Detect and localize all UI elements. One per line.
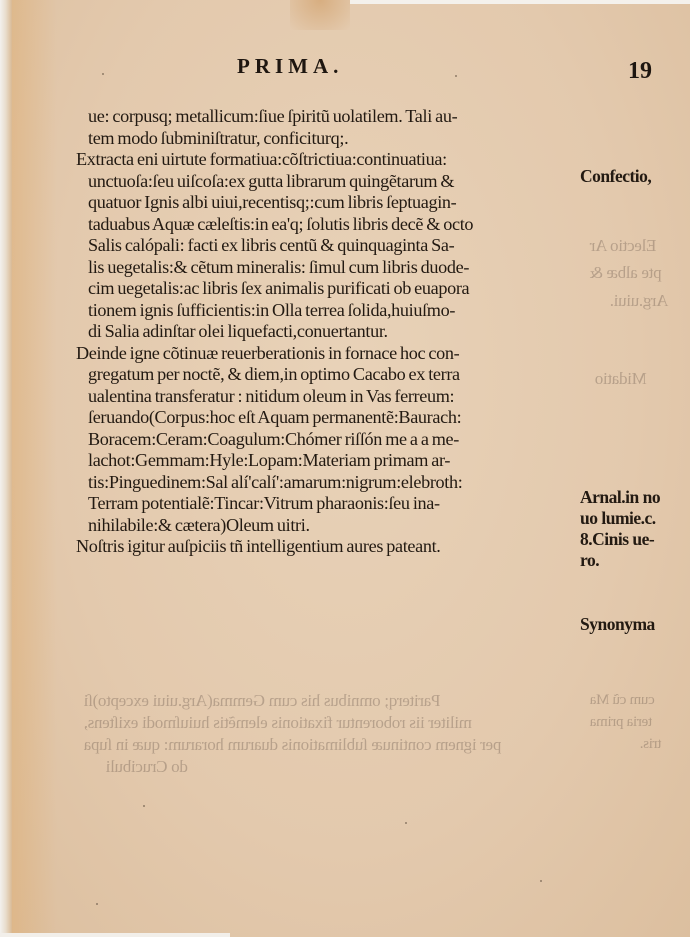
text-line: taduabus Aquæ cæleſtis:in ea'q; ſolutis … bbox=[76, 214, 576, 236]
text-line: Boracem:Ceram:Coagulum:Chómer riſſón me … bbox=[76, 429, 576, 451]
text-line: cim uegetalis:ac libris ſex animalis pur… bbox=[76, 278, 576, 300]
paper-speck bbox=[102, 73, 104, 75]
paper-speck bbox=[540, 880, 542, 882]
show-through-line: per ignem continuæ ſublimationis duarum … bbox=[84, 734, 501, 755]
foxing-stain bbox=[290, 0, 350, 30]
margin-note-line: ro. bbox=[580, 550, 660, 571]
gutter-shadow bbox=[12, 0, 57, 937]
show-through-margin-line: tris. bbox=[640, 734, 661, 755]
margin-note-confectio: Confectio, bbox=[580, 166, 651, 187]
text-line: di Salia adinſtar olei liquefacti,conuer… bbox=[76, 321, 576, 343]
text-line: nihilabile:& cætera)Oleum uitri. bbox=[76, 515, 576, 537]
text-line: tem modo ſubminiſtratur, conficiturq;. bbox=[76, 128, 576, 150]
text-line: tionem ignis ſufficientis:in Olla terrea… bbox=[76, 300, 576, 322]
text-line: Terram potentialẽ:Tincar:Vitrum pharaoni… bbox=[76, 493, 576, 515]
margin-note-arnal: Arnal.in no uo lumie.c. 8.Cinis ue- ro. bbox=[580, 487, 660, 571]
text-line: gregatum per noctẽ, & diem,in optimo Cac… bbox=[76, 364, 576, 386]
text-line: lis uegetalis:& cẽtum mineralis: ſimul c… bbox=[76, 257, 576, 279]
text-line: unctuoſa:ſeu uiſcoſa:ex gutta librarum q… bbox=[76, 171, 576, 193]
show-through-line: Pariterq; omnibus his cum Gemma(Arg.uiui… bbox=[84, 690, 440, 711]
show-through-margin-line: Electio Ar bbox=[590, 235, 656, 256]
margin-note-line: Arnal.in no bbox=[580, 487, 660, 508]
main-text-block: ue: corpusq; metallicum:ſiue ſpiritũ uol… bbox=[76, 106, 576, 558]
text-line: quatuor Ignis albi uiui,recentisq;:cum l… bbox=[76, 192, 576, 214]
page-bottom-edge bbox=[0, 933, 230, 937]
paper-speck bbox=[455, 75, 457, 77]
text-line: Deinde igne cõtinuæ reuerberationis in f… bbox=[76, 343, 576, 365]
show-through-line: militer iis roborentur fixationis elemẽt… bbox=[84, 712, 472, 733]
text-line: lachot:Gemmam:Hyle:Lopam:Materiam primam… bbox=[76, 450, 576, 472]
show-through-margin-line: Arg.uiui. bbox=[610, 290, 668, 311]
show-through-margin-line: cum cũ Ma bbox=[590, 690, 655, 711]
text-line: Extracta eni uirtute formatiua:cõſtricti… bbox=[76, 149, 576, 171]
show-through-margin-line: Midatio bbox=[595, 368, 647, 389]
text-line: ualentina transferatur : nitidum oleum i… bbox=[76, 386, 576, 408]
text-line: tis:Pinguedinem:Sal alí'calí':amarum:nig… bbox=[76, 472, 576, 494]
margin-note-synonyma: Synonyma bbox=[580, 614, 655, 635]
text-line: ſeruando(Corpus:hoc eſt Aquam permanentẽ… bbox=[76, 407, 576, 429]
text-line: ue: corpusq; metallicum:ſiue ſpiritũ uol… bbox=[76, 106, 576, 128]
margin-note-line: uo lumie.c. bbox=[580, 508, 660, 529]
page-top-edge bbox=[350, 0, 690, 4]
paper-speck bbox=[405, 822, 407, 824]
show-through-margin-line: pte albæ & bbox=[590, 262, 662, 283]
running-head: PRIMA. bbox=[237, 54, 343, 79]
text-line: Salis calópali: facti ex libris centũ & … bbox=[76, 235, 576, 257]
book-page: Electio Ar pte albæ & Arg.uiui. Midatio … bbox=[0, 0, 690, 937]
margin-note-line: 8.Cinis ue- bbox=[580, 529, 660, 550]
paper-speck bbox=[143, 805, 145, 807]
show-through-margin-line: teria prima bbox=[590, 712, 652, 733]
paper-speck bbox=[96, 903, 98, 905]
text-line: Noſtris igitur auſpiciis tñ intelligenti… bbox=[76, 536, 576, 558]
page-gutter-edge bbox=[0, 0, 12, 937]
page-number: 19 bbox=[628, 58, 652, 85]
show-through-line: do Crucibuli bbox=[106, 756, 188, 777]
